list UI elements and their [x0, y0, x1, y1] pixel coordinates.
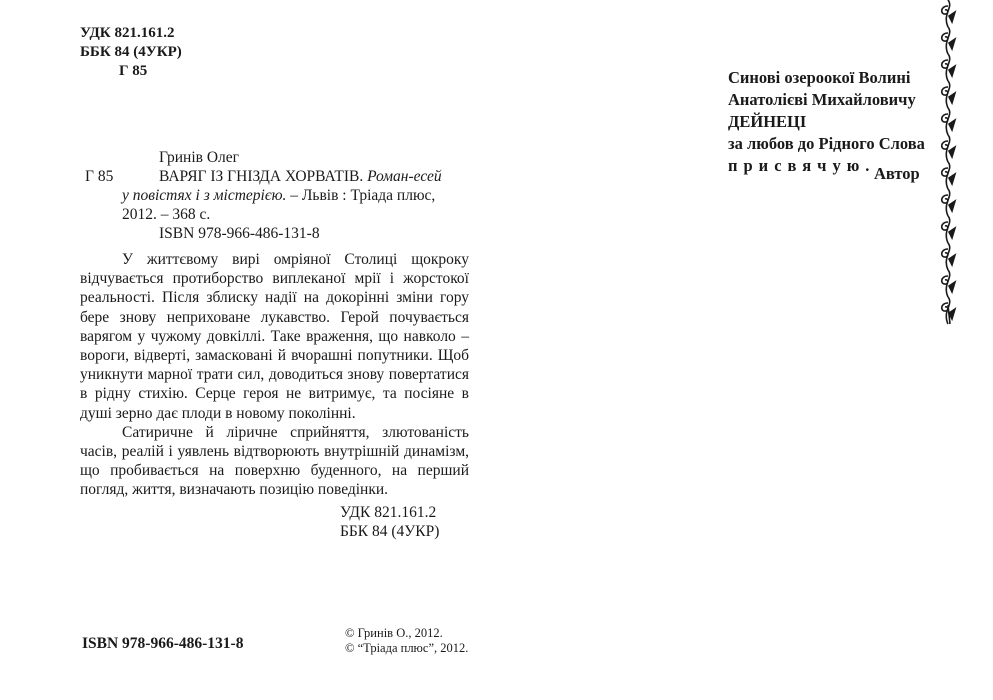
dedication-line-4: за любов до Рідного Слова [728, 133, 925, 155]
catalog-author: Гринів Олег [159, 148, 239, 167]
annotation: У життєвому вирі омріяної Столиці щокрок… [80, 250, 469, 500]
dedication-line-2: Анатолієві Михайловичу [728, 89, 916, 111]
copyright-author: © Гринів О., 2012. [345, 626, 443, 641]
copyright-publisher: © “Тріада плюс”, 2012. [345, 641, 468, 656]
catalog-publication-line: у повістях і з містерією. – Львів : Тріа… [122, 186, 435, 205]
udk-code-top: УДК 821.161.2 [80, 24, 174, 43]
dedication-line-5: присвячую. [728, 155, 875, 177]
bbk-code-bottom: ББК 84 (4УКР) [340, 522, 439, 541]
isbn-bottom: ISBN 978-966-486-131-8 [82, 634, 243, 653]
annotation-paragraph-1: У життєвому вирі омріяної Столиці щокрок… [80, 250, 469, 423]
dedication-line-3: ДЕЙНЕЦІ [728, 111, 806, 133]
catalog-mark: Г 85 [85, 167, 113, 186]
catalog-isbn: ISBN 978-966-486-131-8 [159, 224, 320, 243]
book-title: ВАРЯГ ІЗ ГНІЗДА ХОРВАТІВ. [159, 168, 363, 185]
publication-info: – Львів : Тріада плюс, [290, 187, 435, 204]
vine-ornament-icon [934, 0, 962, 325]
book-genre: Роман-есей [367, 168, 442, 185]
bbk-code-top: ББК 84 (4УКР) [80, 43, 182, 62]
book-genre-cont: у повістях і з містерією. [122, 187, 286, 204]
catalog-title-line: ВАРЯГ ІЗ ГНІЗДА ХОРВАТІВ. Роман-есей [159, 167, 442, 186]
catalog-year-pages: 2012. – 368 с. [122, 205, 210, 224]
dedication-signature: Автор [874, 163, 920, 185]
dedication-line-1: Синові озероокої Волині [728, 67, 910, 89]
udk-code-bottom: УДК 821.161.2 [340, 503, 436, 522]
author-mark-top: Г 85 [119, 62, 147, 81]
annotation-paragraph-2: Сатиричне й ліричне сприйняття, злютован… [80, 423, 469, 500]
